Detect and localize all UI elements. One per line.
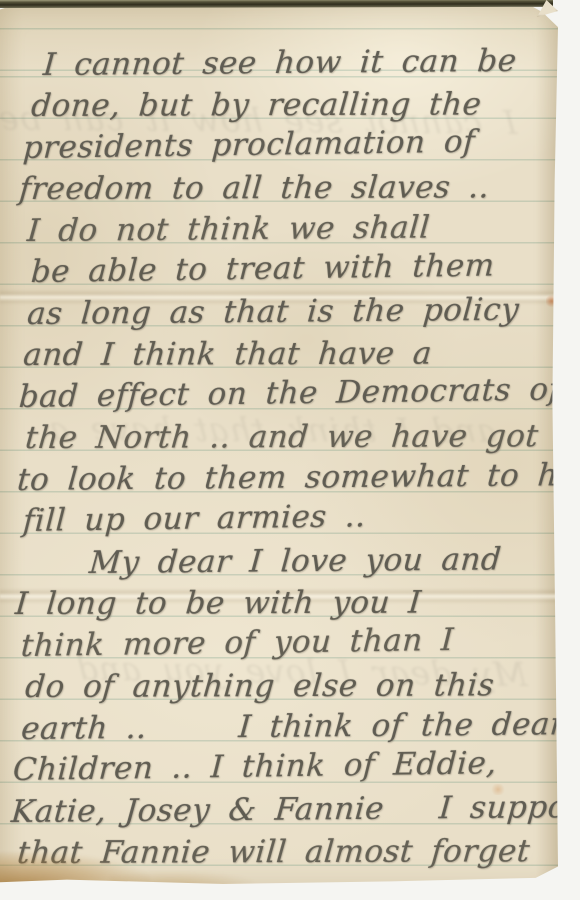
handwritten-line: I long to be with you I <box>14 588 422 620</box>
handwritten-line: and I think that have a <box>22 339 433 371</box>
handwritten-line: think more of you than I <box>20 625 455 662</box>
handwritten-line: bad effect on the Democrats of <box>18 374 561 413</box>
handwritten-line: to look to them somewhat to help <box>16 460 580 496</box>
handwritten-line: presidents proclamation of <box>22 127 476 164</box>
scanned-letter-page: { "scan": { "background_color": "#f5f5f2… <box>0 0 580 900</box>
handwritten-line: I cannot see how it can be <box>42 46 518 81</box>
handwritten-line: be able to treat with them <box>30 250 495 288</box>
scan-background: I cannot see how it can be and I think t… <box>0 0 580 900</box>
rust-spot <box>546 294 557 308</box>
paper-stain <box>110 870 260 886</box>
handwritten-line: I do not think we shall <box>26 212 431 247</box>
handwritten-line: as long as that is the policy <box>26 295 520 330</box>
handwritten-line: do of anything else on this <box>24 670 496 703</box>
handwritten-line: done, but by recalling the <box>30 89 483 122</box>
handwritten-line: freedom to all the slaves .. <box>18 172 491 205</box>
letter-sheet: I cannot see how it can be and I think t… <box>0 6 558 884</box>
rust-spot <box>490 784 506 795</box>
handwritten-line: the North .. and we have got <box>24 421 540 454</box>
handwritten-line: Children .. I think of Eddie, <box>12 748 498 786</box>
scan-top-edge-shadow <box>0 0 553 8</box>
letter-body: I cannot see how it can be done, but by … <box>0 6 558 884</box>
handwritten-line: fill up our armies .. <box>22 501 367 537</box>
handwritten-line: earth .. I think of the dear <box>20 709 566 745</box>
handwritten-line: My dear I love you and <box>88 544 503 579</box>
handwritten-line: Katie, Josey & Fannie I suppose <box>10 792 580 828</box>
